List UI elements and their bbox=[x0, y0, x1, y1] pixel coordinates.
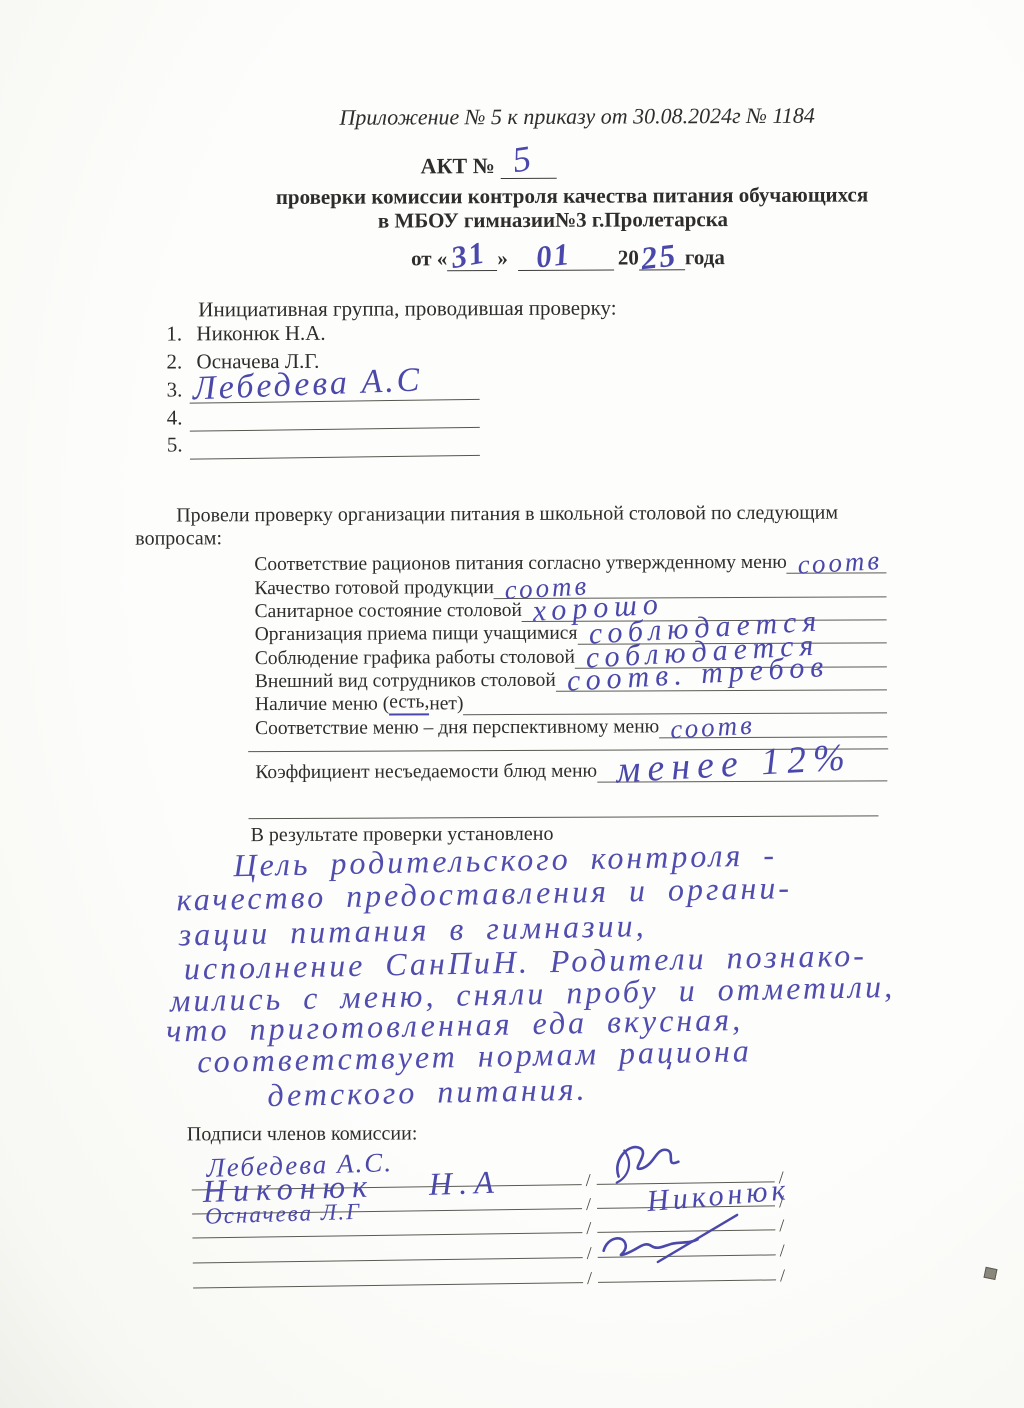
signature-name-line bbox=[192, 1232, 582, 1238]
slash-separator: / bbox=[586, 1175, 591, 1185]
slash-separator: / bbox=[780, 1270, 785, 1280]
slash-separator: / bbox=[780, 1245, 785, 1255]
signature-row: / / bbox=[193, 1266, 793, 1288]
signature-sign-line bbox=[598, 1279, 776, 1282]
slash-separator: / bbox=[587, 1273, 592, 1283]
document-page: Приложение № 5 к приказу от 30.08.2024г … bbox=[0, 0, 1024, 1408]
signature-name-line bbox=[193, 1282, 583, 1288]
scan-artifact bbox=[983, 1267, 997, 1280]
slash-separator: / bbox=[587, 1248, 592, 1258]
scanned-sheet: Приложение № 5 к приказу от 30.08.2024г … bbox=[0, 0, 1024, 1408]
slash-separator: / bbox=[779, 1220, 784, 1230]
signature-name-line bbox=[193, 1257, 583, 1263]
slash-separator: / bbox=[586, 1199, 591, 1209]
slash-separator: / bbox=[586, 1223, 591, 1233]
signature-scribble bbox=[597, 1209, 748, 1267]
signature-table: / / / / / / / / / / Лебедева А.С. bbox=[0, 0, 1024, 1408]
signature-scribble bbox=[604, 1138, 695, 1185]
signer-name-handwritten: Осначева Л.Г bbox=[205, 1199, 362, 1230]
